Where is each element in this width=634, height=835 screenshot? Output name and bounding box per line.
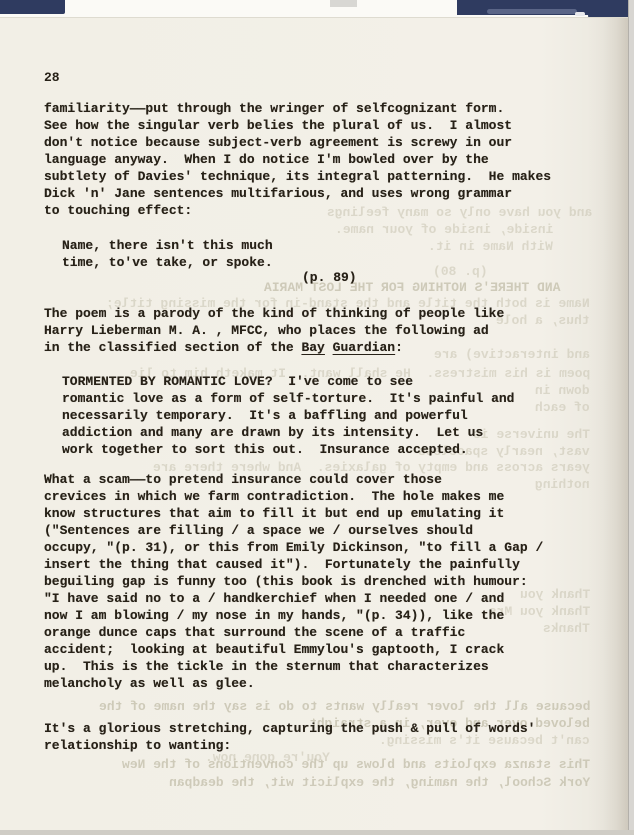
text-line: "I have said no to a / handkerchief when…	[44, 590, 543, 607]
text-line: beguiling gap is funny too (this book is…	[44, 573, 543, 590]
spine-speck	[575, 12, 585, 16]
bleedthrough-line: (p. 80)	[433, 263, 488, 280]
text-line: now I am blowing / my nose in my hands, …	[44, 607, 543, 624]
text-line: addiction and many are drawn by its inte…	[62, 424, 514, 441]
text-line: to touching effect:	[44, 202, 551, 219]
page-curl-shadow	[588, 18, 628, 831]
text-line: up. This is the tickle in the sternum th…	[44, 658, 543, 675]
paper-tab	[330, 0, 357, 7]
text-line: subtlety of Davies' technique, its integ…	[44, 168, 551, 185]
opening-paragraph: familiarity——put through the wringer of …	[44, 100, 551, 219]
text-line: It's a glorious stretching, capturing th…	[44, 720, 535, 737]
text-line: See how the singular verb belies the plu…	[44, 117, 551, 134]
underlined-text: Bay	[301, 340, 324, 355]
poem-citation: (p. 89)	[302, 269, 357, 286]
text-line: Name, there isn't this much	[62, 237, 273, 254]
closing-paragraph: It's a glorious stretching, capturing th…	[44, 720, 535, 754]
bleedthrough-line: inside, inside of your name.	[335, 221, 553, 238]
scanned-book-page: and you have only so many feelingsinside…	[0, 0, 634, 835]
text-line: relationship to wanting:	[44, 737, 535, 754]
scan-bottom-edge	[0, 830, 634, 835]
text-line: know structures that aim to fill it but …	[44, 505, 543, 522]
bleedthrough-line: of each	[535, 399, 590, 416]
text-line: insert the thing that caused it"). Fortu…	[44, 556, 543, 573]
bleedthrough-line: because all the lover really wants to do…	[99, 698, 590, 715]
bleedthrough-line: Thanks	[543, 620, 590, 637]
text-line: crevices in which we farm contradiction.…	[44, 488, 543, 505]
bleedthrough-line: York School, the naming, the explicit wi…	[169, 774, 590, 791]
scan-right-edge	[628, 0, 634, 835]
text-line: necessarily temporary. It's a baffling a…	[62, 407, 514, 424]
text-line: in the classified section of the Bay Gua…	[44, 339, 504, 356]
underlined-text: Guardian	[333, 340, 395, 355]
book-page: and you have only so many feelingsinside…	[0, 17, 628, 831]
scanner-background-strip	[0, 0, 634, 18]
spine-highlight	[487, 9, 577, 14]
text-line: Dick 'n' Jane sentences multifarious, an…	[44, 185, 551, 202]
text-line: occupy, "(p. 31), or this from Emily Dic…	[44, 539, 543, 556]
scam-paragraph: What a scam——to pretend insurance could …	[44, 471, 543, 692]
text-line: What a scam——to pretend insurance could …	[44, 471, 543, 488]
text-line: romantic love as a form of self-torture.…	[62, 390, 514, 407]
page-number: 28	[44, 70, 60, 85]
bleedthrough-line: thus, a hole	[496, 312, 590, 329]
poem-quote: Name, there isn't this muchtime, to've t…	[62, 237, 273, 271]
bleedthrough-line: This stanza exploits and blows up the co…	[122, 756, 590, 773]
text-line: familiarity——put through the wringer of …	[44, 100, 551, 117]
bleedthrough-line: With Name in it.	[428, 238, 553, 255]
text-line: accident; looking at beautiful Emmylou's…	[44, 641, 543, 658]
classified-ad-quote: TORMENTED BY ROMANTIC LOVE? I've come to…	[62, 373, 514, 458]
text-line: language anyway. When I do notice I'm bo…	[44, 151, 551, 168]
text-line: time, to've take, or spoke.	[62, 254, 273, 271]
book-spine-right-fragment	[457, 0, 634, 15]
text-line: TORMENTED BY ROMANTIC LOVE? I've come to…	[62, 373, 514, 390]
text-line: Harry Lieberman M. A. , MFCC, who places…	[44, 322, 504, 339]
parody-paragraph: The poem is a parody of the kind of thin…	[44, 305, 504, 356]
bleedthrough-line: nothing	[535, 476, 590, 493]
text-line: ("Sentences are filling / a space we / o…	[44, 522, 543, 539]
text-line: (p. 89)	[302, 269, 357, 286]
text-line: don't notice because subject-verb agreem…	[44, 134, 551, 151]
text-line: orange dunce caps that surround the scen…	[44, 624, 543, 641]
text-line: work together to sort this out. Insuranc…	[62, 441, 514, 458]
text-line: melancholy as well as glee.	[44, 675, 543, 692]
book-spine-left-fragment	[0, 0, 65, 14]
bleedthrough-line: down in	[535, 382, 590, 399]
text-line: The poem is a parody of the kind of thin…	[44, 305, 504, 322]
